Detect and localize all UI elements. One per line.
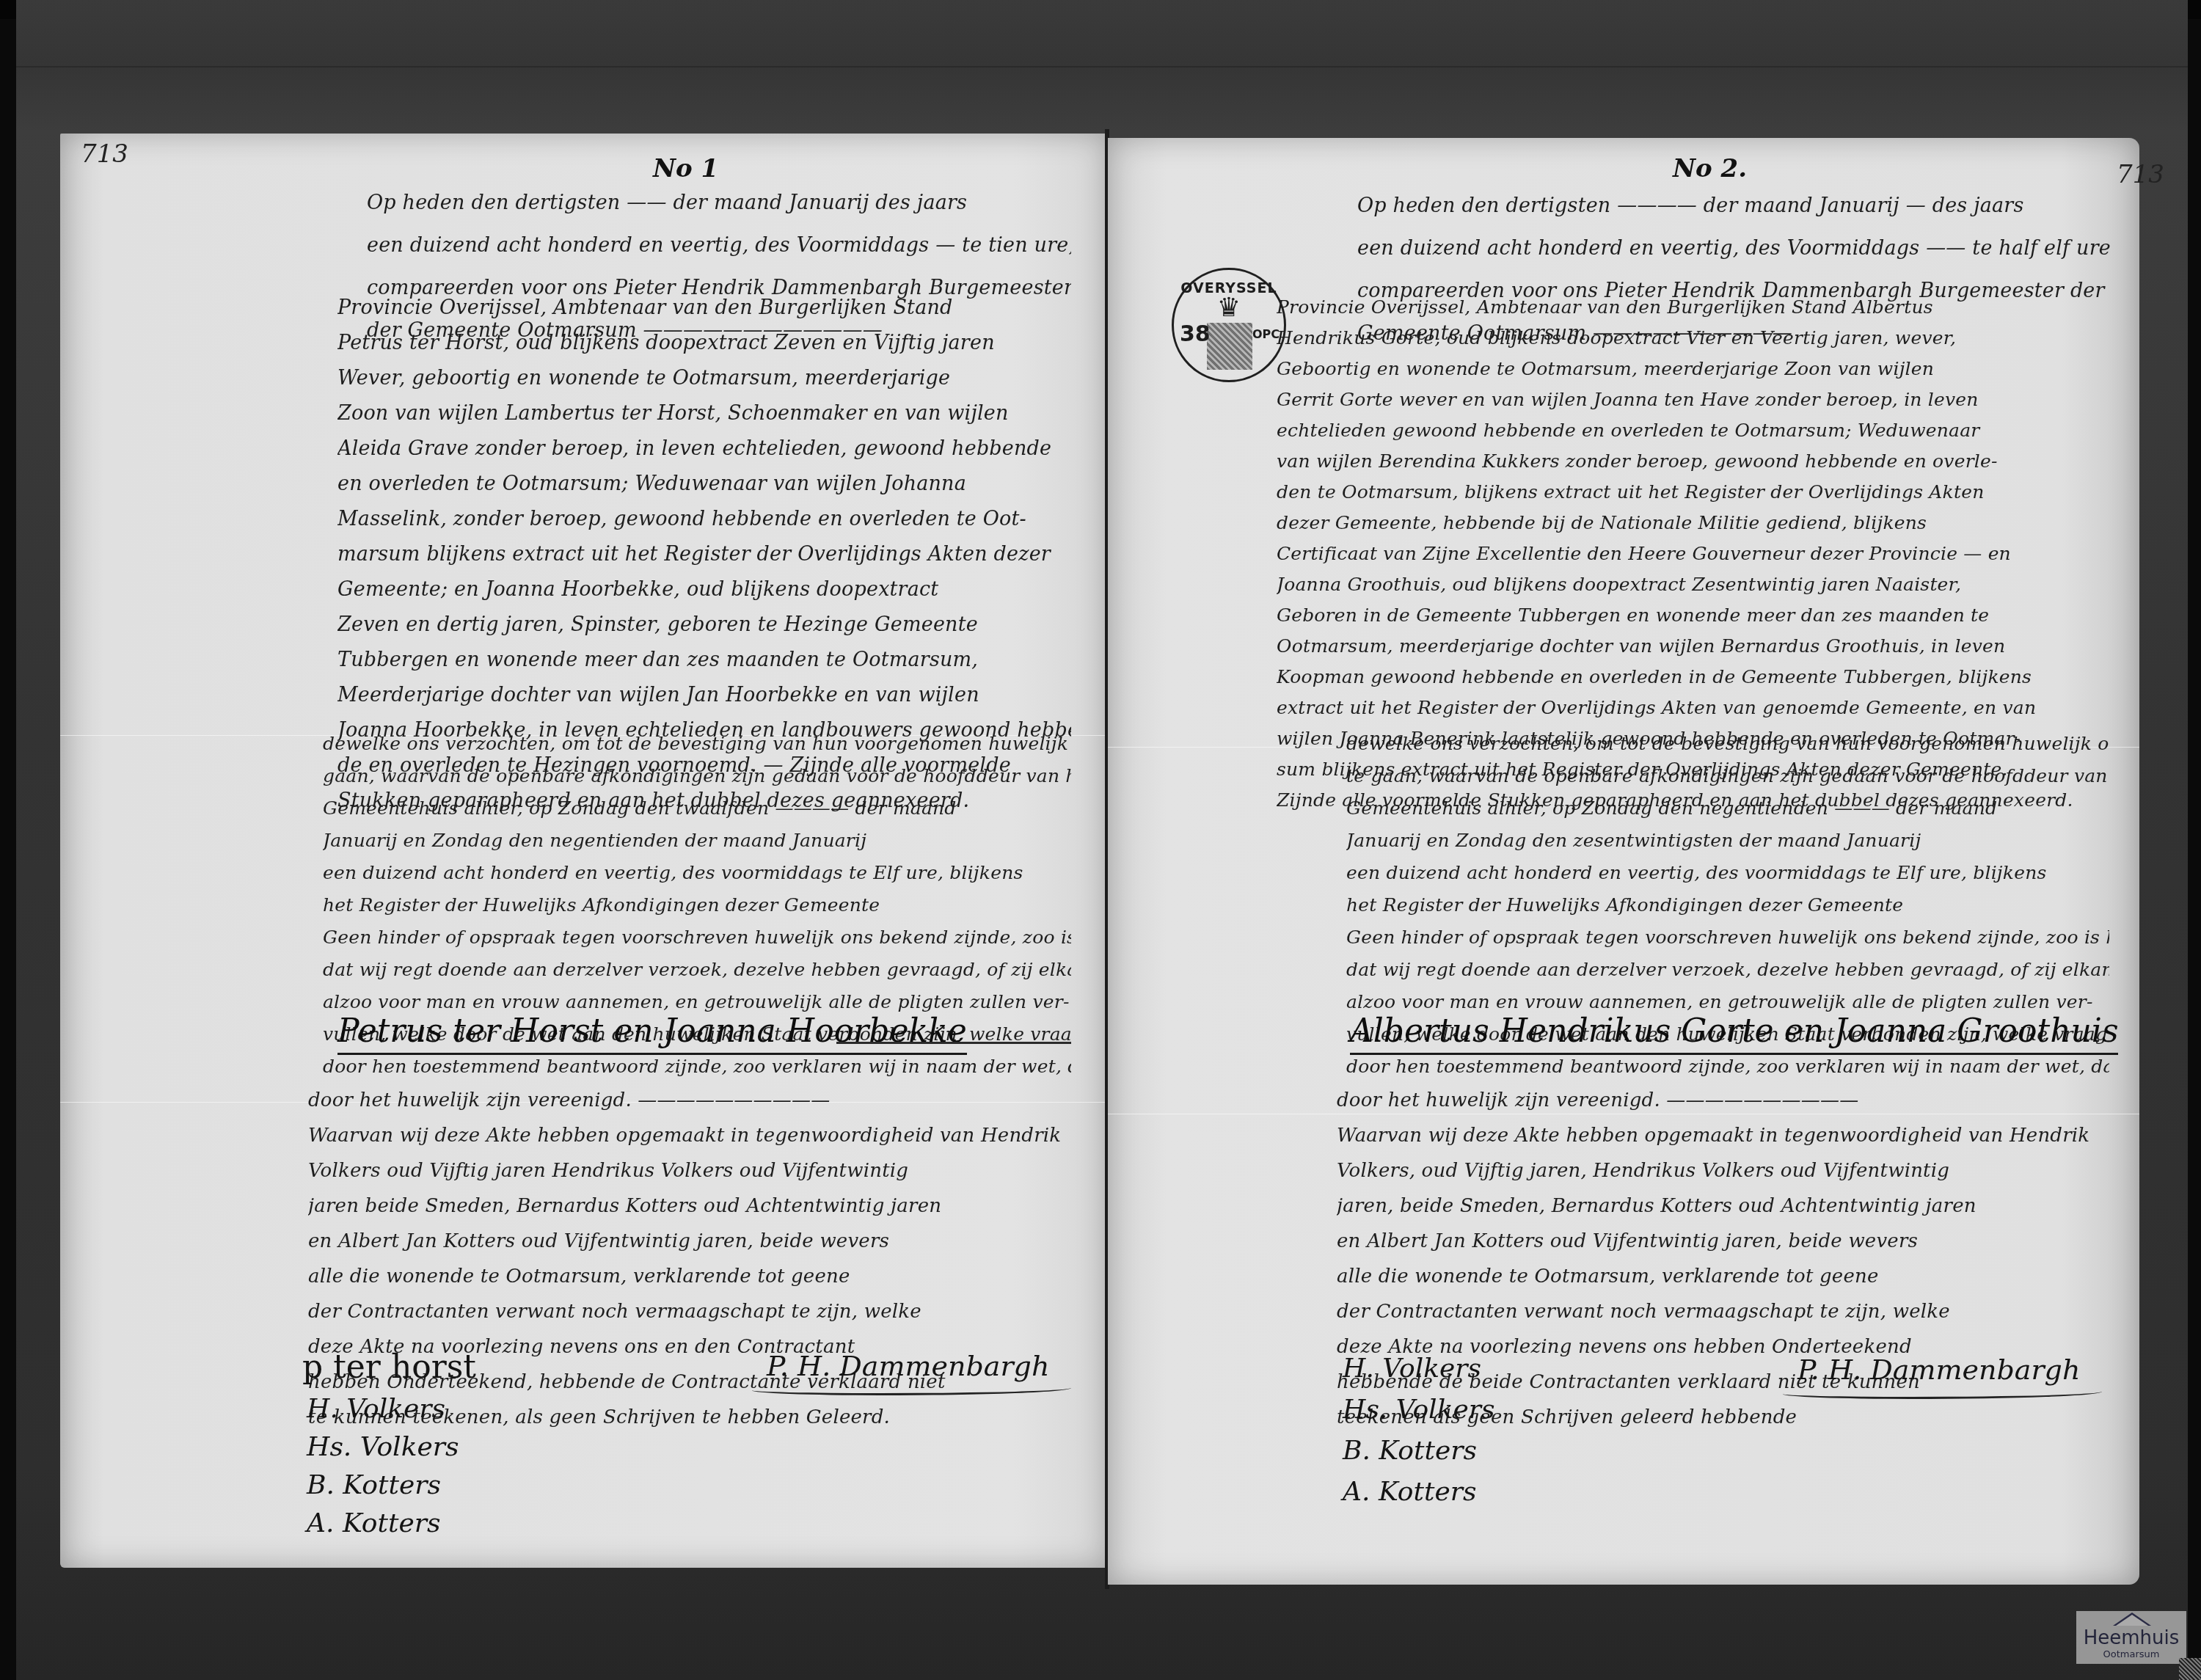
groom-line: Geboortig en wonende te Ootmarsum, meerd…	[1277, 354, 2120, 384]
logo-place: Ootmarsum	[2076, 1649, 2186, 1660]
house-roof-icon	[2113, 1613, 2151, 1626]
body-line: een duizend acht honderd en veertig, des…	[1346, 857, 2109, 889]
conjunction: en	[1784, 1012, 1824, 1050]
intro-line: Op heden den dertigsten ———— der maand J…	[1357, 185, 2120, 227]
closing-line: Volkers, oud Vijftig jaren, Hendrikus Vo…	[1337, 1153, 2129, 1188]
closing-line: en Albert Jan Kotters oud Vijfentwintig …	[308, 1224, 1086, 1259]
intro-line: een duizend acht honderd en veertig, des…	[1357, 227, 2120, 270]
groom-line: Meerderjarige dochter van wijlen Jan Hoo…	[337, 678, 1071, 713]
groom-line: van wijlen Berendina Kukkers zonder bero…	[1277, 446, 2120, 477]
groom-line: Aleida Grave zonder beroep, in leven ech…	[337, 431, 1071, 467]
witness-signatures: H. Volkers Hs. Volkers B. Kotters A. Kot…	[1343, 1348, 1494, 1513]
bride-name: Joanna Hoorbekke	[664, 1012, 967, 1050]
closing-line: jaren beide Smeden, Bernardus Kotters ou…	[308, 1188, 1086, 1224]
crown-icon: ♛	[1211, 295, 1247, 321]
groom-signature: p ter horst	[302, 1348, 476, 1387]
bride-name: Joanna Groothuis	[1834, 1012, 2118, 1050]
logo-brand: Heemhuis	[2076, 1627, 2186, 1649]
left-folio-number: 713	[81, 139, 128, 169]
closing-line: door het huwelijk zijn vereenigd. ——————…	[308, 1083, 1086, 1118]
groom-line: Petrus ter Horst, oud blijkens doopextra…	[337, 326, 1071, 361]
body-line: door hen toestemmend beantwoord zijnde, …	[1346, 1051, 2109, 1083]
closing-line: door het huwelijk zijn vereenigd. ——————…	[1337, 1083, 2129, 1118]
body-line: een duizend acht honderd en veertig, des…	[323, 857, 1071, 889]
groom-line: echtelieden gewoond hebbende en overlede…	[1277, 415, 2120, 446]
heemhuis-logo: Heemhuis Ootmarsum	[2076, 1611, 2186, 1664]
overyssel-tax-stamp: OVERYSSEL ♛ 38 OPC	[1172, 268, 1286, 382]
groom-line: Tubbergen en wonende meer dan zes maande…	[337, 643, 1071, 678]
filler-dash	[836, 1042, 1071, 1044]
groom-line: Ootmarsum, meerderjarige dochter van wij…	[1277, 631, 2120, 662]
groom-line: den te Ootmarsum, blijkens extract uit h…	[1277, 477, 2120, 508]
witness-signature: Hs. Volkers	[1343, 1389, 1494, 1431]
body-line: het Register der Huwelijks Afkondigingen…	[323, 889, 1071, 921]
groom-line: Certificaat van Zijne Excellentie den He…	[1277, 538, 2120, 569]
right-couple-names: Albertus Hendrikus Gorte en Joanna Groot…	[1350, 1012, 2118, 1055]
left-act-number: No 1	[653, 154, 718, 183]
groom-line: Zeven en dertig jaren, Spinster, geboren…	[337, 607, 1071, 643]
witness-signature: Hs. Volkers	[307, 1428, 459, 1467]
body-line: dewelke ons verzochten, om tot de bevest…	[323, 728, 1071, 760]
body-line: Gemeentehuis alhier, op Zondag den twaal…	[323, 792, 1071, 825]
groom-line: en overleden te Ootmarsum; Weduwenaar va…	[337, 467, 1071, 502]
body-line: Gemeentehuis alhier, op Zondag den negen…	[1346, 792, 2109, 825]
closing-line: en Albert Jan Kotters oud Vijfentwintig …	[1337, 1224, 2129, 1259]
witness-signature: H. Volkers	[307, 1390, 459, 1428]
witness-signature: H. Volkers	[1343, 1348, 1494, 1389]
groom-line: dezer Gemeente, hebbende bij de National…	[1277, 508, 2120, 538]
intro-line: Provincie Overijssel, Ambtenaar van den …	[1277, 292, 2120, 323]
scan-noise	[2179, 1658, 2201, 1680]
closing-line: Volkers oud Vijftig jaren Hendrikus Volk…	[308, 1153, 1086, 1188]
body-line: Januarij en Zondag den negentienden der …	[323, 825, 1071, 857]
closing-line: alle die wonende te Ootmarsum, verklaren…	[1337, 1259, 2129, 1294]
closing-line: Waarvan wij deze Akte hebben opgemaakt i…	[1337, 1118, 2129, 1153]
body-line: te gaan, waarvan de openbare afkondiging…	[1346, 760, 2109, 792]
body-line: dat wij regt doende aan derzelver verzoe…	[1346, 954, 2109, 986]
coat-of-arms-icon	[1207, 323, 1252, 370]
groom-line: extract uit het Register der Overlijding…	[1277, 693, 2120, 723]
right-folio-number: 713	[2117, 160, 2164, 189]
groom-line: Zoon van wijlen Lambertus ter Horst, Sch…	[337, 396, 1071, 431]
intro-line: een duizend acht honderd en veertig, des…	[367, 224, 1071, 267]
body-line: Geen hinder of opspraak tegen voorschrev…	[1346, 921, 2109, 954]
witness-signature: B. Kotters	[307, 1467, 459, 1505]
witness-signatures: H. Volkers Hs. Volkers B. Kotters A. Kot…	[307, 1390, 459, 1543]
stamp-value: 38	[1180, 321, 1211, 347]
body-line: door hen toestemmend beantwoord zijnde, …	[323, 1051, 1071, 1083]
body-line: gaan, waarvan de openbare afkondigingen …	[323, 760, 1071, 792]
groom-line: Hendrikus Gorte, oud blijkens doopextrac…	[1277, 323, 2120, 354]
witness-signature: B. Kotters	[1343, 1431, 1494, 1472]
mayor-signature: P. H. Dammenbargh	[1797, 1354, 2080, 1386]
body-line: Januarij en Zondag den zesentwintigsten …	[1346, 825, 2109, 857]
conjunction: en	[613, 1012, 653, 1050]
right-act-number: No 2.	[1673, 154, 1747, 183]
witness-signature: A. Kotters	[1343, 1472, 1494, 1513]
closing-line: der Contractanten verwant noch vermaagsc…	[1337, 1294, 2129, 1329]
closing-line: alle die wonende te Ootmarsum, verklaren…	[308, 1259, 1086, 1294]
groom-line: Gemeente; en Joanna Hoorbekke, oud blijk…	[337, 572, 1071, 607]
groom-line: marsum blijkens extract uit het Register…	[337, 537, 1071, 572]
mayor-signature: P. H. Dammenbargh	[767, 1350, 1049, 1382]
groom-line: Joanna Groothuis, oud blijkens doopextra…	[1277, 569, 2120, 600]
groom-name: Albertus Hendrikus Gorte	[1350, 1012, 1774, 1050]
body-line: het Register der Huwelijks Afkondigingen…	[1346, 889, 2109, 921]
groom-line: Geboren in de Gemeente Tubbergen en wone…	[1277, 600, 2120, 631]
closing-line: der Contractanten verwant noch vermaagsc…	[308, 1294, 1086, 1329]
groom-line: Masselink, zonder beroep, gewoond hebben…	[337, 502, 1071, 537]
book-cradle-edge	[16, 66, 2188, 67]
body-line: dewelke ons verzochten, om tot de bevest…	[1346, 728, 2109, 760]
closing-line: Waarvan wij deze Akte hebben opgemaakt i…	[308, 1118, 1086, 1153]
groom-line: Koopman gewoond hebbende en overleden in…	[1277, 662, 2120, 693]
groom-line: Gerrit Gorte wever en van wijlen Joanna …	[1277, 384, 2120, 415]
groom-line: Wever, geboortig en wonende te Ootmarsum…	[337, 361, 1071, 396]
intro-line: Provincie Overijssel, Ambtenaar van den …	[337, 291, 1071, 326]
closing-line: jaren, beide Smeden, Bernardus Kotters o…	[1337, 1188, 2129, 1224]
witness-signature: A. Kotters	[307, 1505, 459, 1543]
intro-line: Op heden den dertigsten —— der maand Jan…	[367, 182, 1071, 224]
body-line: Geen hinder of opspraak tegen voorschrev…	[323, 921, 1071, 954]
groom-name: Petrus ter Horst	[337, 1012, 603, 1050]
stamp-suffix: OPC	[1252, 327, 1280, 341]
left-couple-names: Petrus ter Horst en Joanna Hoorbekke	[337, 1012, 967, 1055]
body-line: dat wij regt doende aan derzelver verzoe…	[323, 954, 1071, 986]
